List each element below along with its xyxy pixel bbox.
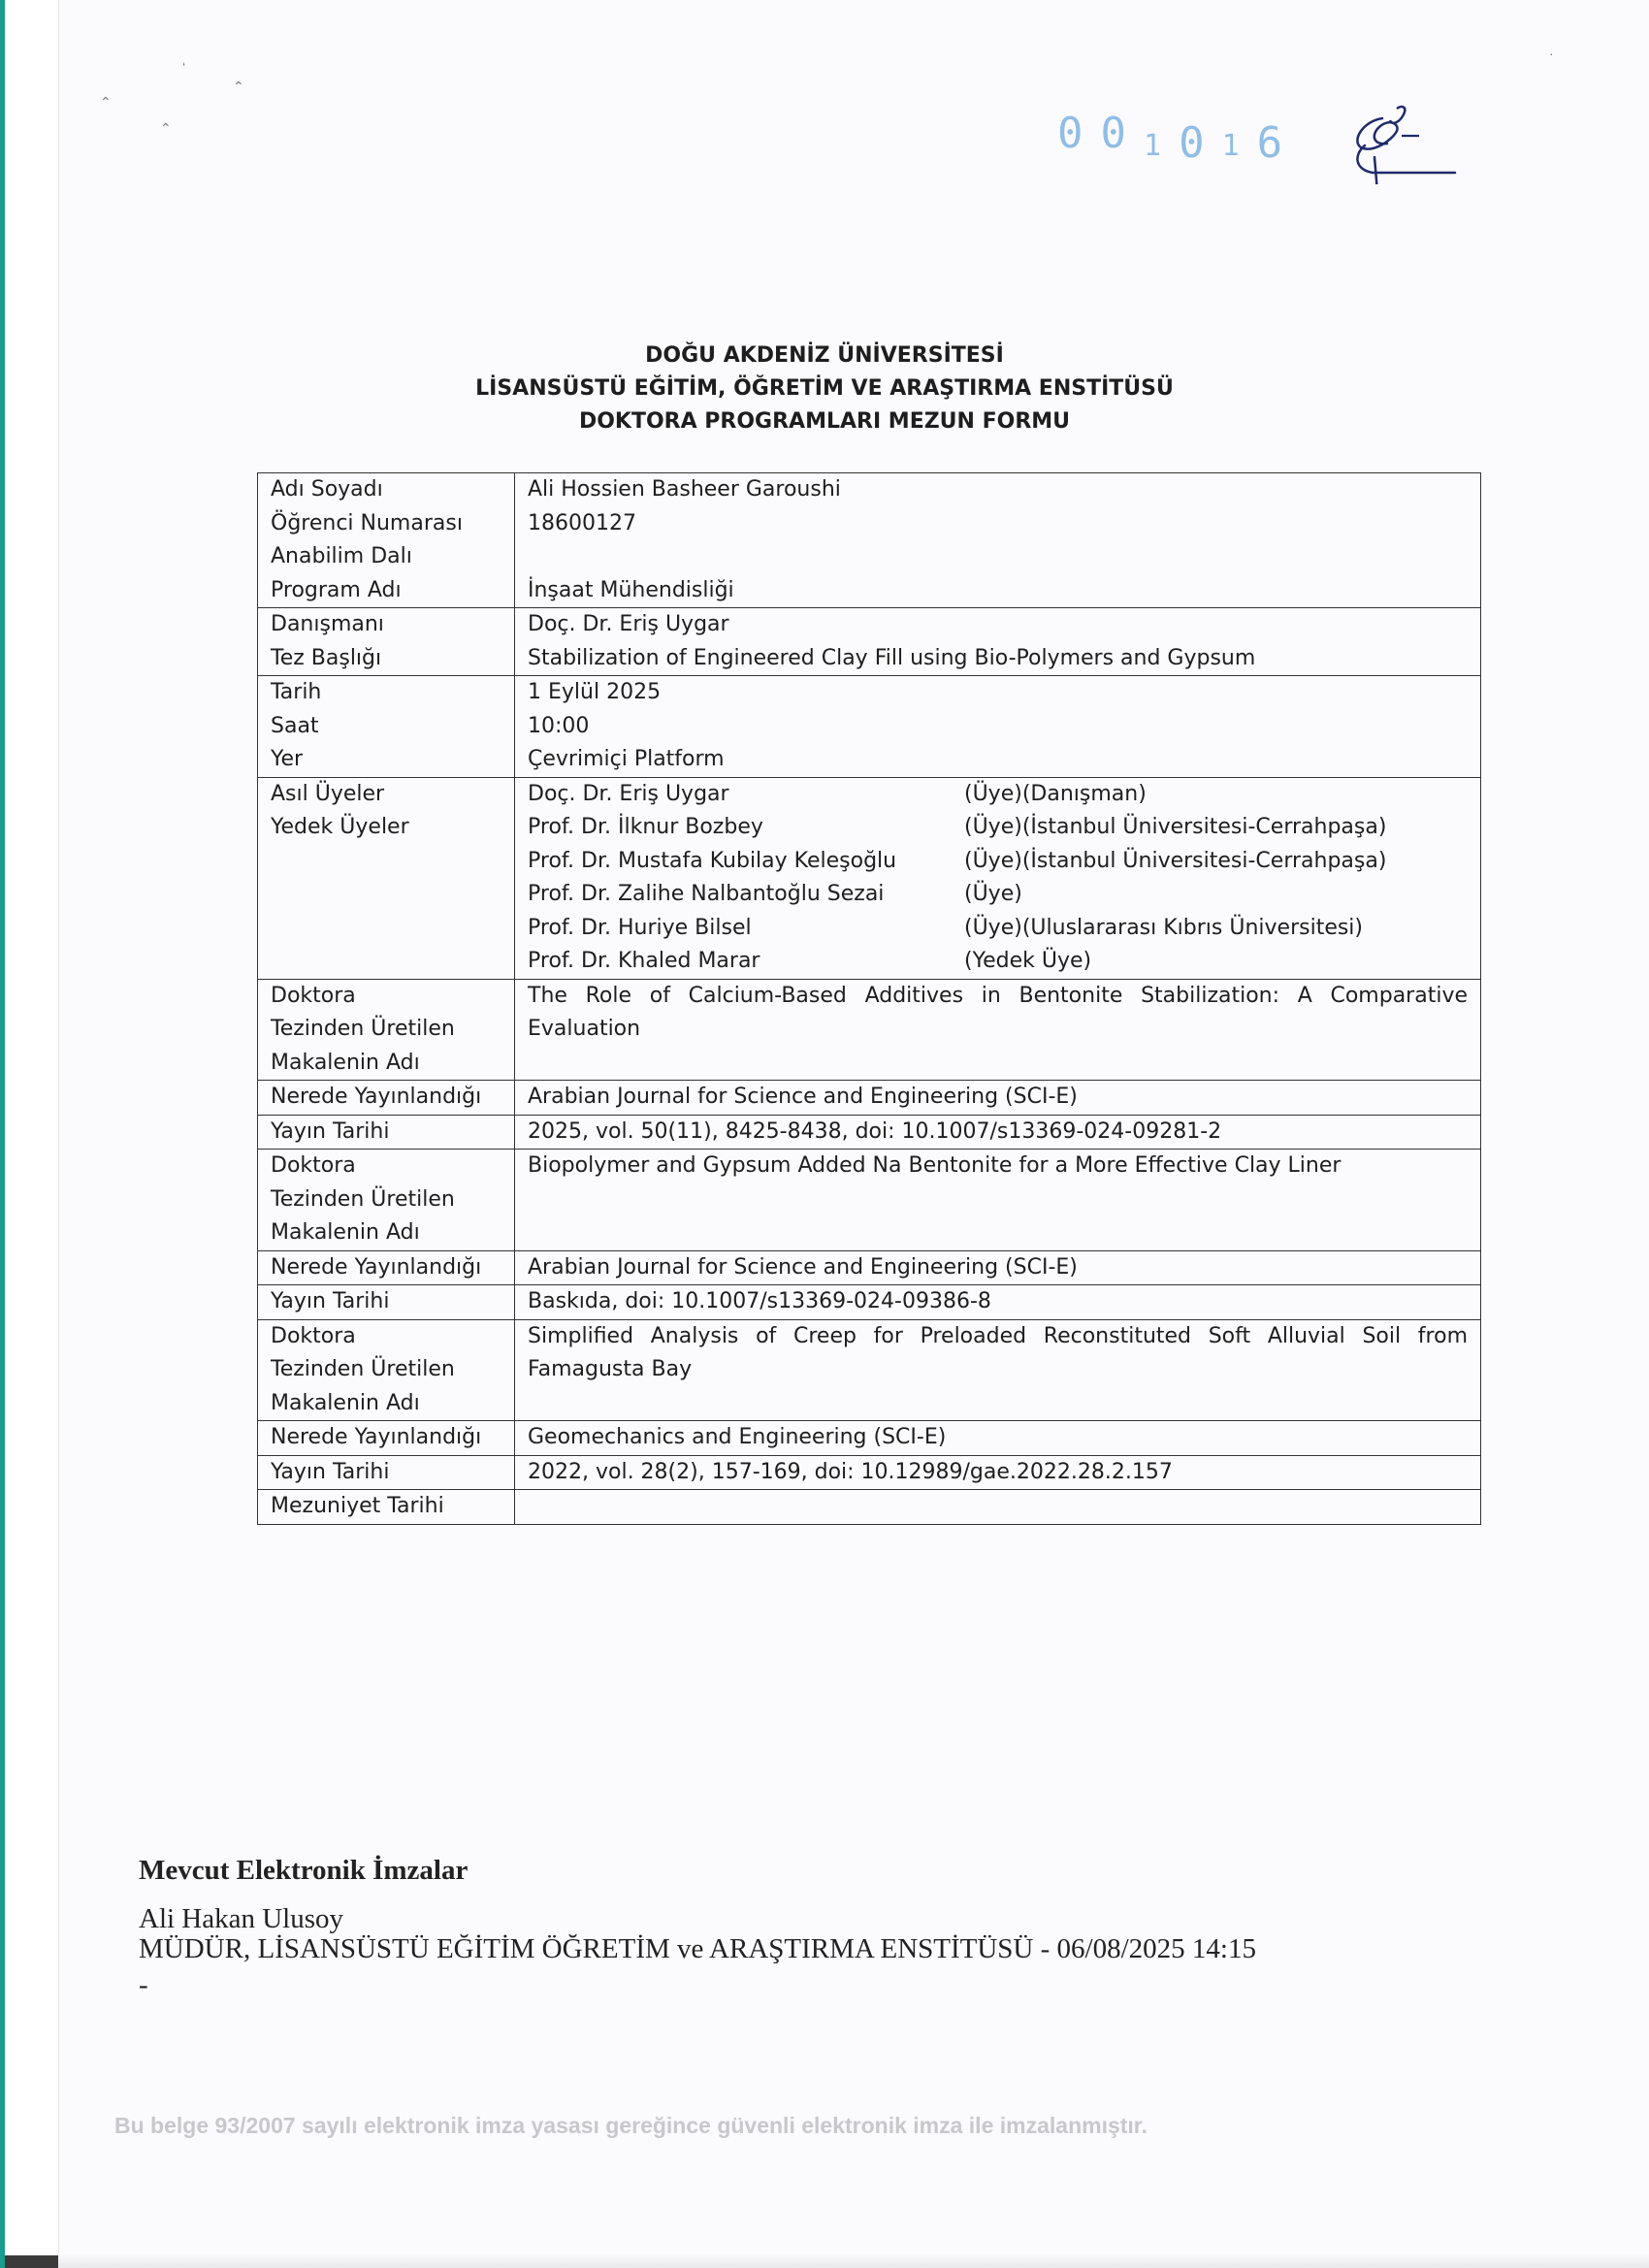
article-pub-info: 2022, vol. 28(2), 157-169, doi: 10.12989… bbox=[528, 1456, 1468, 1490]
label-cell: Yayın Tarihi bbox=[258, 1285, 515, 1320]
label-cell: Nerede Yayınlandığı bbox=[258, 1081, 515, 1116]
scan-speck: ⌃ bbox=[160, 121, 172, 135]
article-title: Simplified Analysis of Creep for Preload… bbox=[528, 1320, 1468, 1387]
jury-member: Prof. Dr. İlknur Bozbey(Üye)(İstanbul Ün… bbox=[528, 811, 1468, 845]
article-title-cell: The Role of Calcium-Based Additives in B… bbox=[515, 979, 1481, 1081]
student-number: 18600127 bbox=[528, 507, 1468, 541]
label-cell: Nerede Yayınlandığı bbox=[258, 1421, 515, 1456]
university-name: DOĞU AKDENİZ ÜNİVERSİTESİ bbox=[0, 340, 1649, 373]
label-place: Yer bbox=[271, 743, 501, 777]
graduation-date bbox=[528, 1490, 1468, 1524]
student-info-values: Ali Hossien Basheer Garoushi 18600127 İn… bbox=[515, 473, 1481, 608]
article-title-label: Doktora Tezinden Üretilen Makalenin Adı bbox=[258, 979, 515, 1081]
label-substitute-members: Yedek Üyeler bbox=[271, 811, 501, 845]
member-role: (Üye)(İstanbul Üniversitesi-Cerrahpaşa) bbox=[964, 845, 1386, 879]
member-role: (Üye)(İstanbul Üniversitesi-Cerrahpaşa) bbox=[964, 811, 1386, 845]
electronic-signatures-title: Mevcut Elektronik İmzalar bbox=[139, 1855, 468, 1887]
article-date-row: Yayın Tarihi 2022, vol. 28(2), 157-169, … bbox=[258, 1455, 1481, 1490]
scan-speck: ⌃ bbox=[100, 95, 112, 109]
label-line: Tezinden Üretilen bbox=[271, 1013, 501, 1047]
article-title: Biopolymer and Gypsum Added Na Bentonite… bbox=[528, 1150, 1468, 1183]
value-cell: Arabian Journal for Science and Engineer… bbox=[515, 1081, 1481, 1116]
label-date: Tarih bbox=[271, 676, 501, 710]
member-role: (Üye) bbox=[964, 878, 1022, 912]
article-title-row: Doktora Tezinden Üretilen Makalenin Adı … bbox=[258, 979, 1481, 1081]
defense-row: Tarih Saat Yer 1 Eylül 2025 10:00 Çevrim… bbox=[258, 676, 1481, 778]
advisor-name: Doç. Dr. Eriş Uygar bbox=[528, 608, 1468, 642]
graduate-form-table: Adı Soyadı Öğrenci Numarası Anabilim Dal… bbox=[257, 472, 1481, 1525]
label-line: Makalenin Adı bbox=[271, 1216, 501, 1250]
stamp-digit: 0 bbox=[1179, 118, 1222, 168]
article-date-row: Yayın Tarihi Baskıda, doi: 10.1007/s1336… bbox=[258, 1285, 1481, 1320]
institute-name: LİSANSÜSTÜ EĞİTİM, ÖĞRETİM VE ARAŞTIRMA … bbox=[0, 373, 1649, 405]
label-where-published: Nerede Yayınlandığı bbox=[271, 1251, 501, 1285]
value-cell: Arabian Journal for Science and Engineer… bbox=[515, 1250, 1481, 1285]
defense-time: 10:00 bbox=[528, 710, 1468, 744]
article-date-row: Yayın Tarihi 2025, vol. 50(11), 8425-843… bbox=[258, 1115, 1481, 1150]
jury-row: Asıl Üyeler Yedek Üyeler Doç. Dr. Eriş U… bbox=[258, 777, 1481, 979]
label-line: Doktora bbox=[271, 1320, 501, 1354]
stamp-digit: 1 bbox=[1144, 129, 1179, 163]
label-where-published: Nerede Yayınlandığı bbox=[271, 1081, 501, 1115]
label-publication-date: Yayın Tarihi bbox=[271, 1456, 501, 1490]
jury-member: Prof. Dr. Mustafa Kubilay Keleşoğlu(Üye)… bbox=[528, 845, 1468, 879]
form-title: DOKTORA PROGRAMLARI MEZUN FORMU bbox=[0, 405, 1649, 438]
jury-labels: Asıl Üyeler Yedek Üyeler bbox=[258, 777, 515, 979]
label-advisor: Danışmanı bbox=[271, 608, 501, 642]
label-graduation-date: Mezuniyet Tarihi bbox=[271, 1490, 501, 1524]
student-name: Ali Hossien Basheer Garoushi bbox=[528, 473, 1468, 507]
member-name: Prof. Dr. Huriye Bilsel bbox=[528, 912, 964, 946]
member-role: (Üye)(Danışman) bbox=[964, 778, 1147, 812]
label-line: Doktora bbox=[271, 980, 501, 1014]
member-name: Prof. Dr. Zalihe Nalbantoğlu Sezai bbox=[528, 878, 964, 912]
label-publication-date: Yayın Tarihi bbox=[271, 1285, 501, 1319]
registry-number-stamp: 001016 bbox=[1057, 109, 1300, 158]
value-cell: 2022, vol. 28(2), 157-169, doi: 10.12989… bbox=[515, 1455, 1481, 1490]
label-line: Makalenin Adı bbox=[271, 1047, 501, 1081]
member-name: Doç. Dr. Eriş Uygar bbox=[528, 778, 964, 812]
article-pub-info: 2025, vol. 50(11), 8425-8438, doi: 10.10… bbox=[528, 1116, 1468, 1150]
member-name: Prof. Dr. İlknur Bozbey bbox=[528, 811, 964, 845]
label-line: Makalenin Adı bbox=[271, 1387, 501, 1421]
member-role: (Üye)(Uluslararası Kıbrıs Üniversitesi) bbox=[964, 912, 1363, 946]
label-line: Tezinden Üretilen bbox=[271, 1353, 501, 1387]
article-title: The Role of Calcium-Based Additives in B… bbox=[528, 980, 1468, 1047]
label-publication-date: Yayın Tarihi bbox=[271, 1116, 501, 1150]
article-title-cell: Biopolymer and Gypsum Added Na Bentonite… bbox=[515, 1150, 1481, 1251]
scan-speck: ⌃ bbox=[233, 80, 244, 93]
stamp-digit: 6 bbox=[1257, 118, 1301, 168]
jury-member: Prof. Dr. Zalihe Nalbantoğlu Sezai(Üye) bbox=[528, 878, 1468, 912]
e-signature-legal-note: Bu belge 93/2007 sayılı elektronik imza … bbox=[114, 2113, 1148, 2139]
article-journal: Arabian Journal for Science and Engineer… bbox=[528, 1081, 1468, 1115]
scan-bottom-shadow bbox=[5, 2255, 58, 2268]
scan-bottom-edge bbox=[58, 2253, 1649, 2268]
label-line: Doktora bbox=[271, 1150, 501, 1183]
jury-member: Doç. Dr. Eriş Uygar(Üye)(Danışman) bbox=[528, 778, 1468, 812]
label-cell: Nerede Yayınlandığı bbox=[258, 1250, 515, 1285]
article-journal-row: Nerede Yayınlandığı Arabian Journal for … bbox=[258, 1250, 1481, 1285]
member-role: (Yedek Üye) bbox=[964, 945, 1091, 979]
defense-place: Çevrimiçi Platform bbox=[528, 743, 1468, 777]
article-title-label: Doktora Tezinden Üretilen Makalenin Adı bbox=[258, 1319, 515, 1421]
label-cell: Yayın Tarihi bbox=[258, 1455, 515, 1490]
handwritten-paraph-icon bbox=[1343, 97, 1460, 184]
label-program: Program Adı bbox=[271, 574, 501, 608]
value-cell: Baskıda, doi: 10.1007/s13369-024-09386-8 bbox=[515, 1285, 1481, 1320]
article-journal-row: Nerede Yayınlandığı Geomechanics and Eng… bbox=[258, 1421, 1481, 1456]
stamp-digit: 0 bbox=[1057, 109, 1101, 158]
signer-name: Ali Hakan Ulusoy bbox=[139, 1903, 343, 1935]
article-title-label: Doktora Tezinden Üretilen Makalenin Adı bbox=[258, 1150, 515, 1251]
stamp-digit: 1 bbox=[1222, 129, 1257, 163]
article-title-row: Doktora Tezinden Üretilen Makalenin Adı … bbox=[258, 1150, 1481, 1251]
thesis-row: Danışmanı Tez Başlığı Doç. Dr. Eriş Uyga… bbox=[258, 608, 1481, 676]
scan-speck: ‘ bbox=[182, 60, 185, 74]
label-time: Saat bbox=[271, 710, 501, 744]
scan-speck: · bbox=[1549, 47, 1554, 60]
label-thesis-title: Tez Başlığı bbox=[271, 642, 501, 676]
graduation-date-row: Mezuniyet Tarihi bbox=[258, 1490, 1481, 1525]
label-where-published: Nerede Yayınlandığı bbox=[271, 1421, 501, 1455]
thesis-values: Doç. Dr. Eriş Uygar Stabilization of Eng… bbox=[515, 608, 1481, 676]
member-name: Prof. Dr. Mustafa Kubilay Keleşoğlu bbox=[528, 845, 964, 879]
stamp-digit: 0 bbox=[1101, 109, 1145, 158]
defense-labels: Tarih Saat Yer bbox=[258, 676, 515, 778]
value-cell bbox=[515, 1490, 1481, 1525]
article-journal: Arabian Journal for Science and Engineer… bbox=[528, 1251, 1468, 1285]
department-value bbox=[528, 540, 1468, 574]
defense-date: 1 Eylül 2025 bbox=[528, 676, 1468, 710]
signer-role: MÜDÜR, LİSANSÜSTÜ EĞİTİM ÖĞRETİM ve ARAŞ… bbox=[139, 1933, 1256, 1965]
thesis-title: Stabilization of Engineered Clay Fill us… bbox=[528, 642, 1468, 676]
signature-trailing-dash: - bbox=[139, 1969, 148, 2001]
label-student-number: Öğrenci Numarası bbox=[271, 507, 501, 541]
label-main-members: Asıl Üyeler bbox=[271, 778, 501, 812]
label-cell: Mezuniyet Tarihi bbox=[258, 1490, 515, 1525]
label-cell: Yayın Tarihi bbox=[258, 1115, 515, 1150]
article-journal: Geomechanics and Engineering (SCI-E) bbox=[528, 1421, 1468, 1455]
student-info-labels: Adı Soyadı Öğrenci Numarası Anabilim Dal… bbox=[258, 473, 515, 608]
article-journal-row: Nerede Yayınlandığı Arabian Journal for … bbox=[258, 1081, 1481, 1116]
article-title-row: Doktora Tezinden Üretilen Makalenin Adı … bbox=[258, 1319, 1481, 1421]
label-department: Anabilim Dalı bbox=[271, 540, 501, 574]
article-title-cell: Simplified Analysis of Creep for Preload… bbox=[515, 1319, 1481, 1421]
member-name: Prof. Dr. Khaled Marar bbox=[528, 945, 964, 979]
defense-values: 1 Eylül 2025 10:00 Çevrimiçi Platform bbox=[515, 676, 1481, 778]
thesis-labels: Danışmanı Tez Başlığı bbox=[258, 608, 515, 676]
jury-member: Prof. Dr. Khaled Marar(Yedek Üye) bbox=[528, 945, 1468, 979]
article-pub-info: Baskıda, doi: 10.1007/s13369-024-09386-8 bbox=[528, 1285, 1468, 1319]
jury-members: Doç. Dr. Eriş Uygar(Üye)(Danışman) Prof.… bbox=[515, 777, 1481, 979]
label-line: Tezinden Üretilen bbox=[271, 1183, 501, 1217]
student-info-row: Adı Soyadı Öğrenci Numarası Anabilim Dal… bbox=[258, 473, 1481, 608]
value-cell: 2025, vol. 50(11), 8425-8438, doi: 10.10… bbox=[515, 1115, 1481, 1150]
label-name: Adı Soyadı bbox=[271, 473, 501, 507]
program-name: İnşaat Mühendisliği bbox=[528, 574, 1468, 608]
value-cell: Geomechanics and Engineering (SCI-E) bbox=[515, 1421, 1481, 1456]
jury-member: Prof. Dr. Huriye Bilsel(Üye)(Uluslararas… bbox=[528, 912, 1468, 946]
